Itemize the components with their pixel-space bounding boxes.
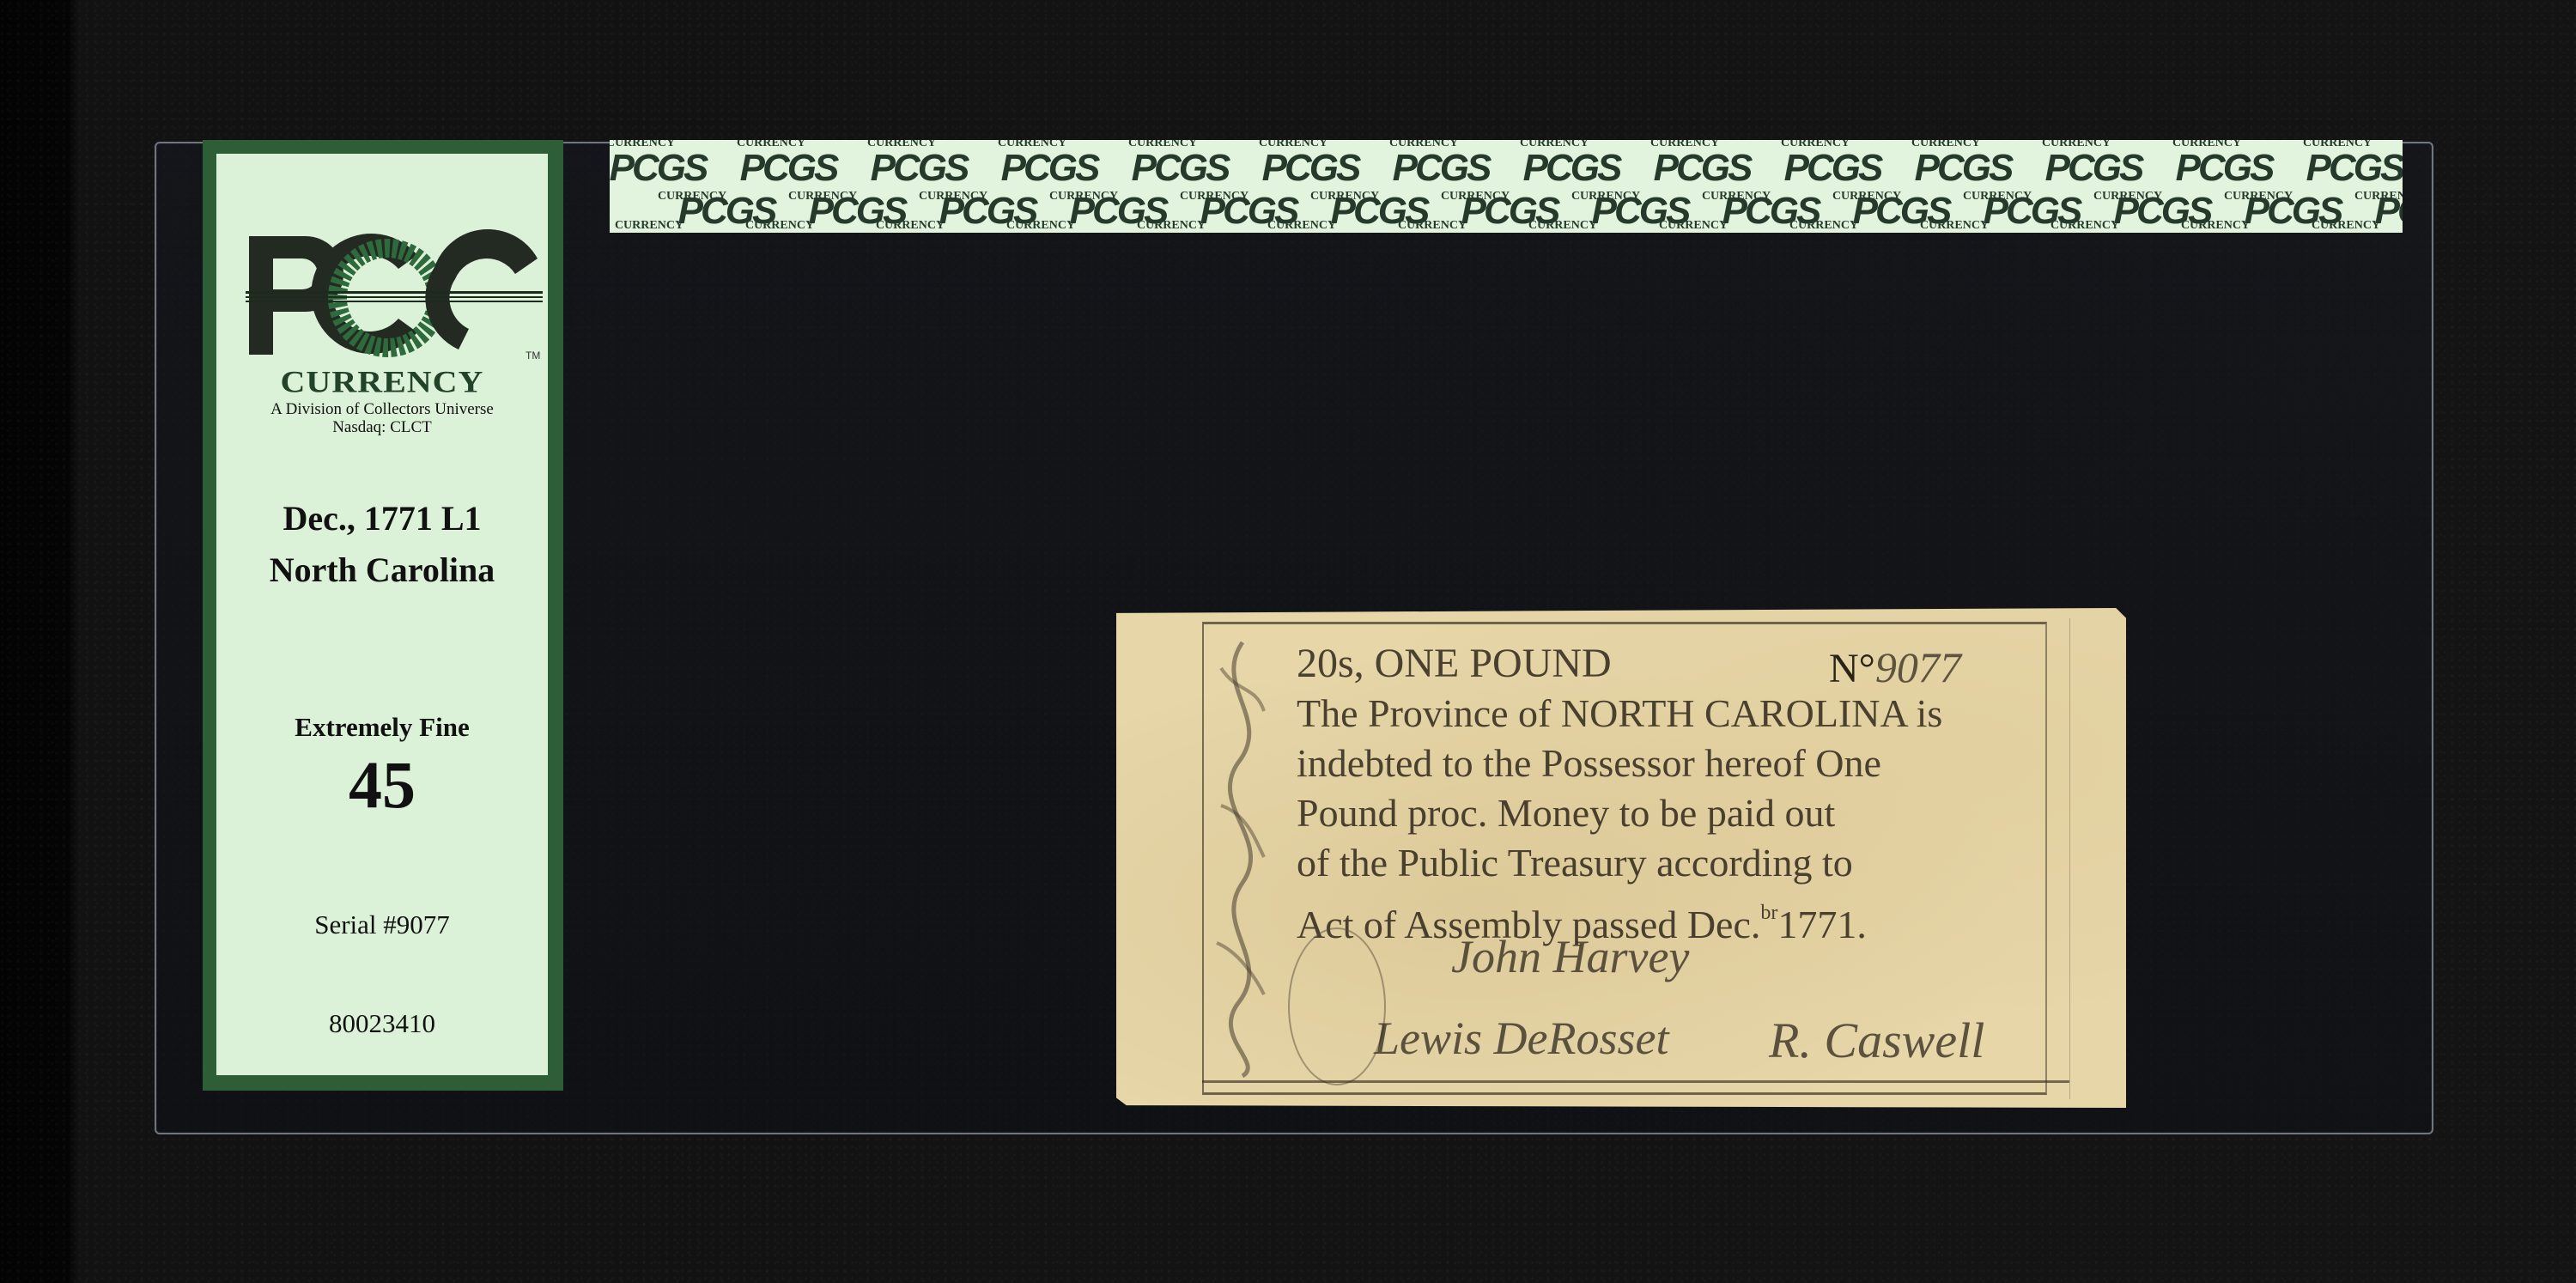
strip-subtitle: CURRENCY	[610, 219, 714, 233]
strip-subtitle: CURRENCY	[2020, 219, 2150, 233]
strip-logo-icon: PCGS	[854, 147, 984, 190]
cert-number: 80023410	[216, 1008, 548, 1039]
note-bottom-rule	[1202, 1080, 2069, 1083]
strip-logo-icon: PCGS	[1245, 147, 1376, 190]
strip-subtitle: CURRENCY	[1106, 219, 1236, 233]
trademark-mark: TM	[526, 350, 540, 362]
serial-number: Serial #9077	[216, 909, 548, 940]
strip-logo-icon: PCGS	[610, 147, 723, 190]
grade-number: 45	[216, 746, 548, 824]
colonial-currency-note: 20s, ONE POUND The Province of NORTH CAR…	[1116, 608, 2126, 1108]
strip-subtitle: CURRENCY	[1628, 219, 1759, 233]
number-prefix: N°	[1829, 646, 1875, 691]
strip-logo-icon: PCGS	[1115, 147, 1245, 190]
strip-row: CURRENCYCURRENCYCURRENCYCURRENCYCURRENCY…	[610, 219, 2403, 233]
strip-logo-icon: PCGS	[723, 147, 854, 190]
strip-logo-icon: PCGS	[1767, 147, 1898, 190]
strip-logo-icon: PCGS	[1898, 147, 2028, 190]
signature: Lewis DeRosset	[1374, 1012, 1669, 1065]
grade-label: Extremely Fine	[216, 712, 548, 743]
date-superscript: br	[1760, 902, 1777, 924]
strip-logo-icon: PCGS	[1506, 147, 1637, 190]
scroll-ornament-icon	[1204, 634, 1281, 1080]
note-year: 1771.	[1777, 903, 1867, 946]
strip-subtitle: CURRENCY	[845, 219, 975, 233]
strip-subtitle: CURRENCY	[1236, 219, 1367, 233]
strip-logo-icon: PCGS	[2159, 147, 2289, 190]
strip-subtitle: CURRENCY	[1367, 219, 1498, 233]
note-line: Pound proc. Money to be paid out	[1297, 788, 2035, 838]
note-line: The Province of NORTH CAROLINA is	[1297, 689, 2035, 739]
strip-subtitle: CURRENCY	[1498, 219, 1628, 233]
pcgs-label: TM CURRENCY A Division of Collectors Uni…	[203, 140, 563, 1091]
embossed-seal-icon	[1288, 927, 1386, 1085]
strip-subtitle: CURRENCY	[1889, 219, 2020, 233]
strip-subtitle: CURRENCY	[714, 219, 845, 233]
strip-logo-icon: PCGS	[1637, 147, 1767, 190]
strip-logo-icon: PCGS	[984, 147, 1115, 190]
note-margin-line	[2069, 618, 2070, 1099]
security-strip: CURRENCYCURRENCYCURRENCYCURRENCYCURRENCY…	[610, 140, 2403, 233]
logo-subtitle: CURRENCY	[216, 363, 548, 399]
strip-subtitle: CURRENCY	[2150, 219, 2281, 233]
signature: John Harvey	[1451, 930, 1689, 983]
strip-logo-icon: PCGS	[2028, 147, 2159, 190]
strip-subtitle: CURRENCY	[2281, 219, 2403, 233]
division-line: A Division of Collectors Universe	[216, 400, 548, 418]
issuer: North Carolina	[216, 544, 548, 596]
company-division: A Division of Collectors Universe Nasdaq…	[216, 400, 548, 436]
label-panel: TM CURRENCY A Division of Collectors Uni…	[216, 154, 548, 1075]
signature: R. Caswell	[1769, 1012, 1984, 1069]
note-line: of the Public Treasury according to	[1297, 838, 2035, 888]
note-number: N°9077	[1829, 642, 1961, 692]
strip-logo-icon: PCGS	[1376, 147, 1506, 190]
nasdaq-line: Nasdaq: CLCT	[216, 418, 548, 436]
strip-row: PCGSPCGSPCGSPCGSPCGSPCGSPCGSPCGSPCGSPCGS…	[610, 147, 2403, 190]
strip-subtitle: CURRENCY	[975, 219, 1106, 233]
issue-date: Dec., 1771 L1	[216, 493, 548, 544]
pcgs-logo-icon	[246, 229, 543, 358]
note-description: Dec., 1771 L1 North Carolina	[216, 493, 548, 596]
strip-subtitle: CURRENCY	[1759, 219, 1889, 233]
strip-logo-icon: PCGS	[2289, 147, 2403, 190]
handwritten-number: 9077	[1875, 643, 1961, 691]
note-line: indebted to the Possessor hereof One	[1297, 739, 2035, 788]
